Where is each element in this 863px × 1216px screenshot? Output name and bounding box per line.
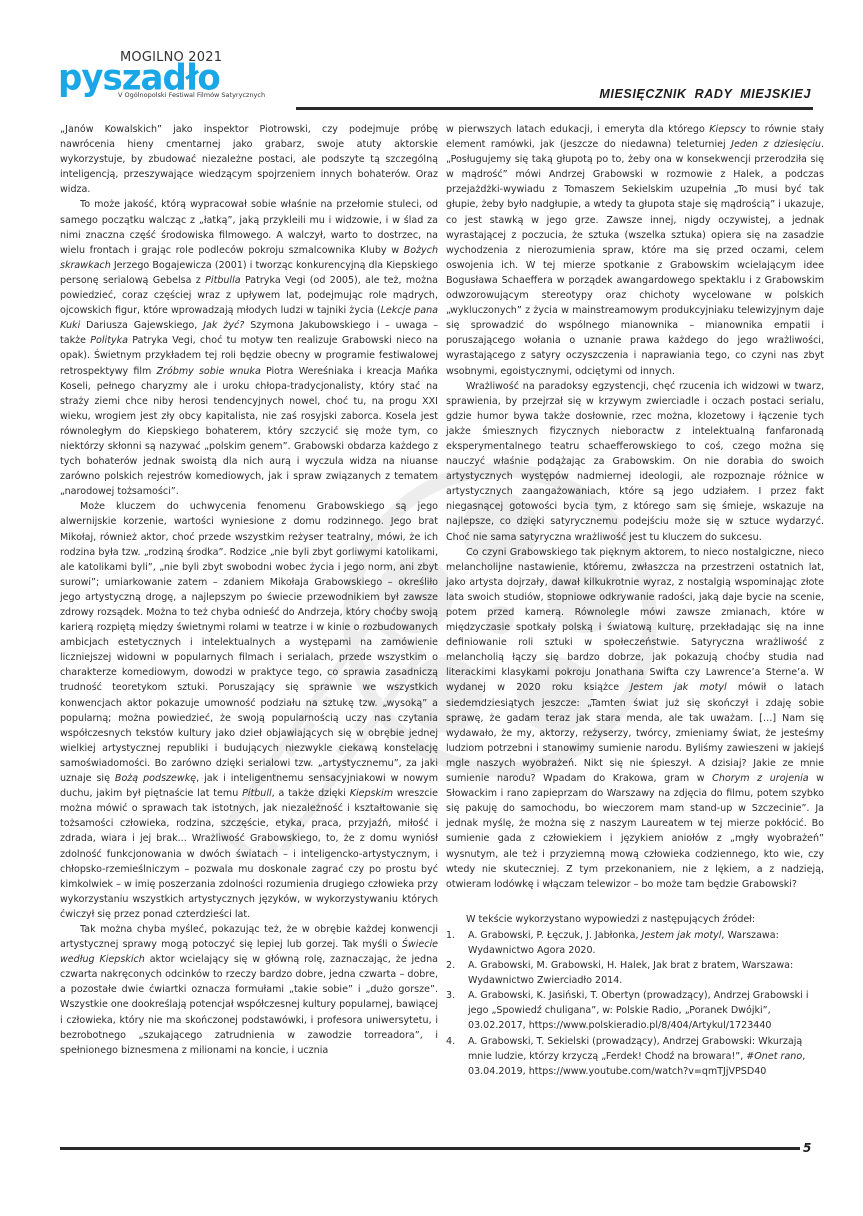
source-item: 1.A. Grabowski, P. Łęczuk, J. Jabłonka, … [446,928,824,958]
sources-section: W tekście wykorzystano wypowiedzi z nast… [446,912,824,1079]
sources-list: 1.A. Grabowski, P. Łęczuk, J. Jabłonka, … [446,928,824,1079]
paragraph: „Janów Kowalskich” jako inspektor Piotro… [60,122,438,197]
sources-intro: W tekście wykorzystano wypowiedzi z nast… [446,912,824,927]
logo-subtitle: V Ogólnopolski Festiwal Filmów Satyryczn… [118,91,265,99]
source-link-text[interactable]: A. Grabowski, K. Jasiński, T. Obertyn (p… [468,990,809,1031]
page-number: 5 [803,1141,811,1155]
source-item: 3.A. Grabowski, K. Jasiński, T. Obertyn … [446,988,824,1033]
source-item: 4.A. Grabowski, T. Sekielski (prowadzący… [446,1034,824,1079]
footer-divider [60,1147,800,1150]
paragraph: w pierwszych latach edukacji, i emeryta … [446,122,824,379]
paragraph: Co czyni Grabowskiego tak pięknym aktore… [446,545,824,892]
festival-logo: MOGILNO 2021 pyszadło V Ogólnopolski Fes… [58,50,278,110]
masthead-title: MIESIĘCZNIK RADY MIEJSKIEJ [599,87,811,101]
paragraph: Wrażliwość na paradoksy egzystencji, chę… [446,379,824,545]
right-column: w pierwszych latach edukacji, i emeryta … [446,122,824,1079]
paragraph: Może kluczem do uchwycenia fenomenu Grab… [60,499,438,922]
left-column: „Janów Kowalskich” jako inspektor Piotro… [60,122,438,1058]
paragraph: Tak można chyba myśleć, pokazując też, ż… [60,922,438,1058]
source-link-text[interactable]: A. Grabowski, T. Sekielski (prowadzący),… [468,1036,805,1077]
header-divider [296,107,813,110]
source-item: 2.A. Grabowski, M. Grabowski, H. Halek, … [446,958,824,988]
paragraph: To może jakość, którą wypracował sobie w… [60,197,438,499]
